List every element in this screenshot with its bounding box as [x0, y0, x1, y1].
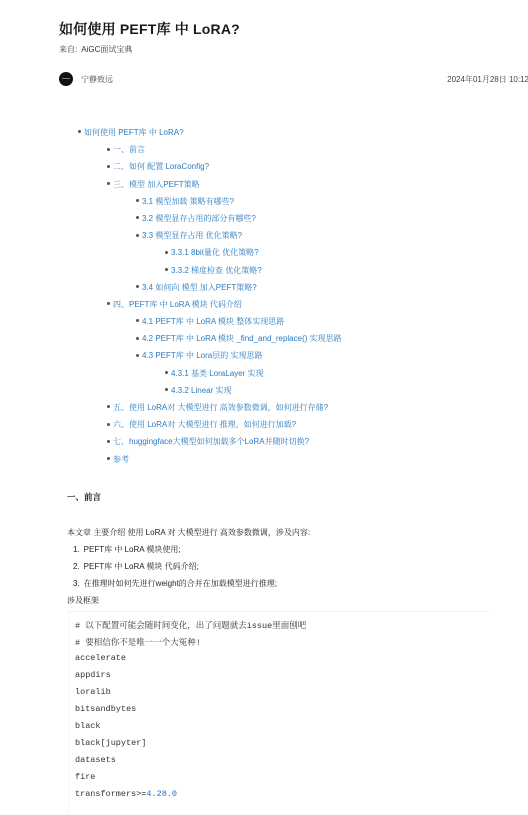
publish-timestamp: 2024年01月28日 10:12 [447, 74, 528, 85]
toc-item[interactable]: 七、huggingface大模型如何加载多个LoRA并随时切换? [0, 436, 528, 453]
toc-item[interactable]: 4.1 PEFT库 中 LoRA 模块 整体实现思路 [0, 316, 528, 333]
toc-item[interactable]: 4.2 PEFT库 中 LoRA 模块 _find_and_replace() … [0, 333, 528, 350]
toc-item[interactable]: 如何使用 PEFT库 中 LoRA? [0, 127, 528, 144]
list-item: 2.PEFT库 中 LoRA 模块 代码介绍; [73, 561, 277, 578]
code-line: loralib [75, 687, 111, 697]
bullet-icon [165, 268, 168, 271]
toc-item[interactable]: 二、如何 配置 LoraConfig? [0, 161, 528, 178]
toc-item[interactable]: 参考 [0, 454, 528, 471]
bullet-icon [136, 319, 139, 322]
code-line: black[jupyter] [75, 738, 146, 748]
toc-item[interactable]: 3.3 模型显存占用 优化策略? [0, 230, 528, 247]
author-name[interactable]: 宁静致远 [81, 74, 113, 85]
list-item: 3.在推理时如何先进行weight的合并在加载模型进行推理; [73, 578, 277, 595]
bullet-icon [136, 354, 139, 357]
code-line: accelerate [75, 653, 126, 663]
toc-item[interactable]: 六、使用 LoRA对 大模型进行 推理，如何进行加载? [0, 419, 528, 436]
code-line: # 以下配置可能会随时间变化，出了问题就去issue里面刨吧 [75, 619, 306, 631]
code-line: # 要相信你不是唯一一个大冤种! [75, 636, 201, 648]
toc-item[interactable]: 三、模型 加入PEFT策略 [0, 179, 528, 196]
code-line: fire [75, 772, 95, 782]
toc-item[interactable]: 3.3.2 梯度检查 优化策略? [0, 265, 528, 282]
bullet-icon [107, 302, 110, 305]
bullet-icon [107, 148, 110, 151]
toc-item[interactable]: 3.3.1 8bit量化 优化策略? [0, 247, 528, 264]
toc-item[interactable]: 4.3.1 基类 LoraLayer 实现 [0, 368, 528, 385]
toc-item[interactable]: 4.3.2 Linear 实现 [0, 385, 528, 402]
bullet-icon [165, 251, 168, 254]
bullet-icon [136, 234, 139, 237]
toc-item[interactable]: 4.3 PEFT库 中 Lora层的 实现思路 [0, 350, 528, 367]
intro-paragraph: 本文章 主要介绍 使用 LoRA 对 大模型进行 高效参数微调，涉及内容: [67, 527, 310, 538]
bullet-icon [136, 337, 139, 340]
source-name[interactable]: AiGC面试宝典 [81, 45, 132, 54]
bullet-icon [136, 199, 139, 202]
toc-item[interactable]: 3.2 模型显存占用的部分有哪些? [0, 213, 528, 230]
bullet-icon [136, 285, 139, 288]
toc-item[interactable]: 3.4 如何向 模型 加入PEFT策略? [0, 282, 528, 299]
code-line: transformers>=4.28.0 [75, 789, 177, 799]
source-label: 来自: [59, 45, 77, 54]
bullet-icon [107, 440, 110, 443]
bullet-icon [107, 423, 110, 426]
bullet-icon [107, 457, 110, 460]
toc-item[interactable]: 四、PEFT库 中 LoRA 模块 代码介绍 [0, 299, 528, 316]
toc-item[interactable]: 3.1 模型加载 策略有哪些? [0, 196, 528, 213]
bullet-icon [165, 388, 168, 391]
code-line: datasets [75, 755, 116, 765]
code-block[interactable]: # 以下配置可能会随时间变化，出了问题就去issue里面刨吧 # 要相信你不是唯… [68, 611, 489, 815]
toc-item[interactable]: 一、前言 [0, 144, 528, 161]
article-source: 来自:AiGC面试宝典 [59, 44, 132, 55]
bullet-icon [107, 165, 110, 168]
code-line: black [75, 721, 101, 731]
code-line: bitsandbytes [75, 704, 136, 714]
bullet-icon [107, 182, 110, 185]
author-row: 宁静致远 2024年01月28日 10:12 [59, 72, 528, 88]
section-heading: 一、前言 [67, 491, 101, 503]
toc-item[interactable]: 五、使用 LoRA对 大模型进行 高效参数微调，如何进行存储? [0, 402, 528, 419]
article-title: 如何使用 PEFT库 中 LoRA? [59, 19, 240, 39]
content-list: 1.PEFT库 中 LoRA 模块使用; 2.PEFT库 中 LoRA 模块 代… [73, 544, 277, 595]
table-of-contents: 如何使用 PEFT库 中 LoRA? 一、前言 二、如何 配置 LoraConf… [0, 127, 528, 471]
avatar[interactable] [59, 72, 73, 86]
list-item: 1.PEFT库 中 LoRA 模块使用; [73, 544, 277, 561]
bullet-icon [136, 216, 139, 219]
version-number: 4.28.0 [146, 789, 177, 799]
bullet-icon [107, 405, 110, 408]
code-line: appdirs [75, 670, 111, 680]
bullet-icon [165, 371, 168, 374]
frameworks-label: 涉及框架 [67, 595, 99, 606]
bullet-icon [78, 130, 81, 133]
